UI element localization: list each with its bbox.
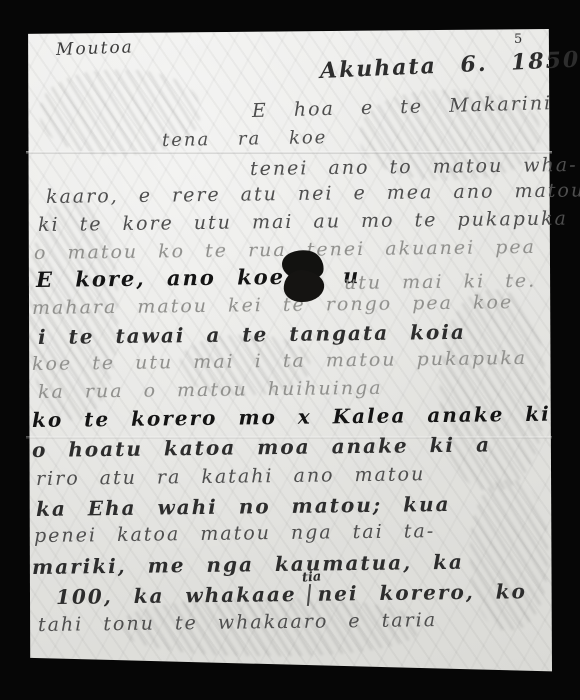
- page-number: 5: [514, 32, 522, 47]
- fold-crease: [26, 151, 552, 154]
- bleed-through-patch: [470, 480, 548, 630]
- greeting-line: tena ra koe: [162, 127, 328, 151]
- letter-line: ka rua o matou huihuinga: [38, 377, 383, 403]
- interlinear-insertion: tia: [302, 569, 322, 585]
- letter-line: ka Eha wahi no matou; kua: [36, 492, 451, 521]
- letter-line: tenei ano to matou wha-: [250, 154, 578, 180]
- place-annotation: Moutoa: [56, 37, 134, 60]
- scanned-letter-page: { "letter": { "page_number": "5", "place…: [0, 0, 580, 700]
